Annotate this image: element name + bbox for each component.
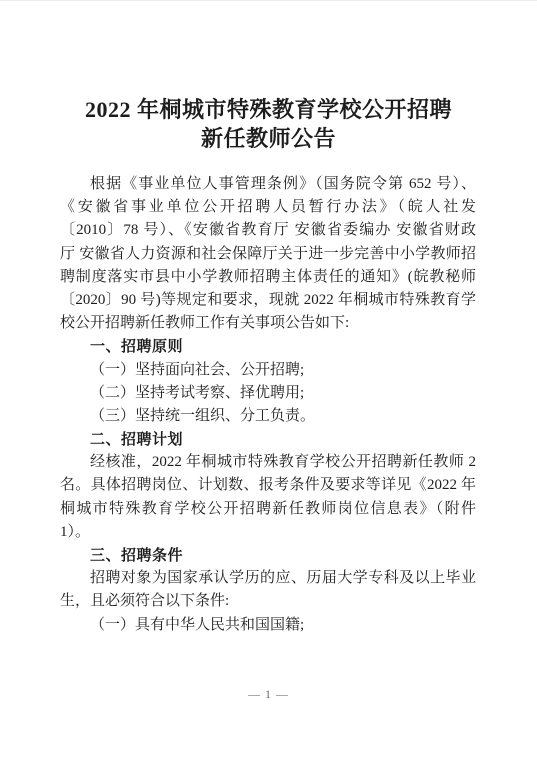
body-line: 厅 安徽省人力资源和社会保障厅关于进一步完善中小学教师招 bbox=[60, 243, 476, 266]
paragraph-last-line: 校公开招聘新任教师工作有关事项公告如下: bbox=[60, 312, 476, 335]
body-line: 《安徽省事业单位公开招聘人员暂行办法》（皖人社发 bbox=[60, 196, 476, 219]
document-title: 2022 年桐城市特殊教育学校公开招聘 新任教师公告 bbox=[0, 95, 537, 153]
document-title-line2: 新任教师公告 bbox=[0, 124, 537, 153]
body-line: 〔2020〕90 号)等规定和要求，现就 2022 年桐城市特殊教育学 bbox=[60, 289, 476, 312]
section-heading-2: 二、招聘计划 bbox=[60, 428, 476, 451]
section-heading-3: 三、招聘条件 bbox=[60, 544, 476, 567]
paragraph-last-line: 1）。 bbox=[60, 521, 476, 544]
section-heading-1: 一、招聘原则 bbox=[60, 335, 476, 358]
document-body: 根据《事业单位人事管理条例》（国务院令第 652 号）、 《安徽省事业单位公开招… bbox=[60, 173, 476, 637]
body-line: 桐城市特殊教育学校公开招聘新任教师岗位信息表》（附件 bbox=[60, 498, 476, 521]
list-item: （一）坚持面向社会、公开招聘; bbox=[60, 359, 476, 382]
body-line: 〔2010〕78 号）、《安徽省教育厅 安徽省委编办 安徽省财政 bbox=[60, 219, 476, 242]
paragraph-first-line: 招聘对象为国家承认学历的应、历届大学专科及以上毕业 bbox=[60, 567, 476, 590]
document-page: 2022 年桐城市特殊教育学校公开招聘 新任教师公告 根据《事业单位人事管理条例… bbox=[0, 0, 537, 760]
list-item: （一）具有中华人民共和国国籍; bbox=[60, 614, 476, 637]
body-line: 聘制度落实市县中小学教师招聘主体责任的通知》(皖教秘师 bbox=[60, 266, 476, 289]
paragraph-last-line: 生，且必须符合以下条件: bbox=[60, 590, 476, 613]
body-line: 名。具体招聘岗位、计划数、报考条件及要求等详见《2022 年 bbox=[60, 474, 476, 497]
page-number: — 1 — bbox=[0, 685, 537, 703]
document-title-line1: 2022 年桐城市特殊教育学校公开招聘 bbox=[0, 95, 537, 124]
list-item: （二）坚持考试考察、择优聘用; bbox=[60, 382, 476, 405]
list-item: （三）坚持统一组织、分工负责。 bbox=[60, 405, 476, 428]
paragraph-first-line: 经核准，2022 年桐城市特殊教育学校公开招聘新任教师 2 bbox=[60, 451, 476, 474]
paragraph-first-line: 根据《事业单位人事管理条例》（国务院令第 652 号）、 bbox=[60, 173, 476, 196]
